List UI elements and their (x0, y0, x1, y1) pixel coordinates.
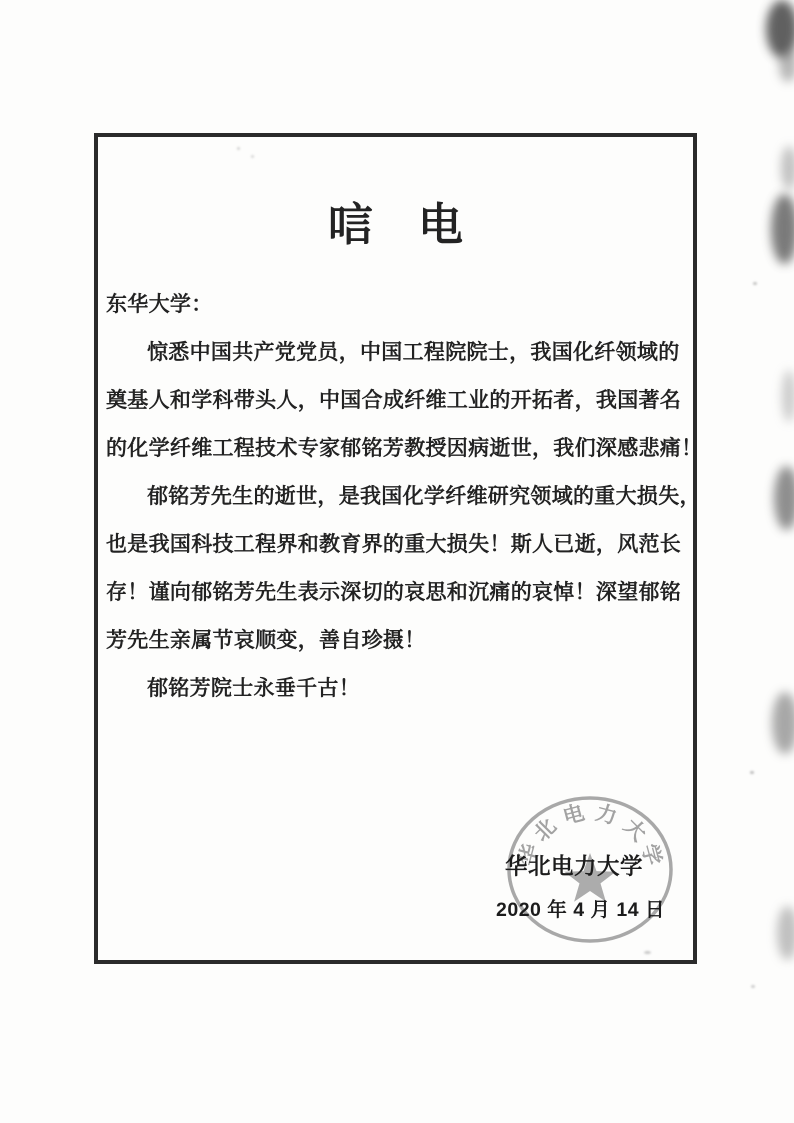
paragraph2-line4: 芳先生亲属节哀顺变，善自珍摄！ (106, 617, 698, 665)
scan-speck (753, 282, 757, 285)
signature-date: 2020 年 4 月 14 日 (496, 894, 666, 922)
scanned-condolence-letter-page: 唁 电 东华大学： 惊悉中国共产党党员，中国工程院院士，我国化纤领域的 奠基人和… (0, 0, 794, 1123)
scan-speck (251, 155, 254, 158)
paragraph3-line1: 郁铭芳院士永垂千古！ (106, 665, 698, 713)
scan-speck (644, 951, 651, 954)
scan-smudge (777, 906, 794, 960)
scan-smudge (779, 48, 794, 82)
seal-char-3: 电 (560, 800, 586, 829)
seal-char-4: 力 (593, 800, 619, 829)
recipient-line: 东华大学： (106, 281, 698, 329)
scan-speck (237, 147, 240, 150)
letter-body: 东华大学： 惊悉中国共产党党员，中国工程院院士，我国化纤领域的 奠基人和学科带头… (106, 281, 698, 713)
paragraph1-line1: 惊悉中国共产党党员，中国工程院院士，我国化纤领域的 (106, 329, 698, 377)
scan-speck (751, 985, 755, 988)
scan-smudge (781, 146, 794, 190)
paragraph2-line3: 存！谨向郁铭芳先生表示深切的哀思和沉痛的哀悼！深望郁铭 (106, 569, 698, 617)
paragraph1-line2: 奠基人和学科带头人，中国合成纤维工业的开拓者，我国著名 (106, 377, 698, 425)
paragraph2-line2: 也是我国科技工程界和教育界的重大损失！斯人已逝，风范长 (106, 521, 698, 569)
paragraph2-line1: 郁铭芳先生的逝世，是我国化学纤维研究领域的重大损失， (106, 473, 698, 521)
scan-speck (750, 771, 754, 774)
paragraph1-line3: 的化学纤维工程技术专家郁铭芳教授因病逝世，我们深感悲痛！ (106, 425, 698, 473)
signature-organization: 华北电力大学 (505, 849, 655, 881)
scan-smudge (782, 370, 794, 422)
scan-smudge (774, 466, 794, 530)
scan-smudge (771, 194, 794, 264)
letter-title: 唁 电 (94, 200, 697, 250)
scan-smudge (772, 692, 794, 754)
